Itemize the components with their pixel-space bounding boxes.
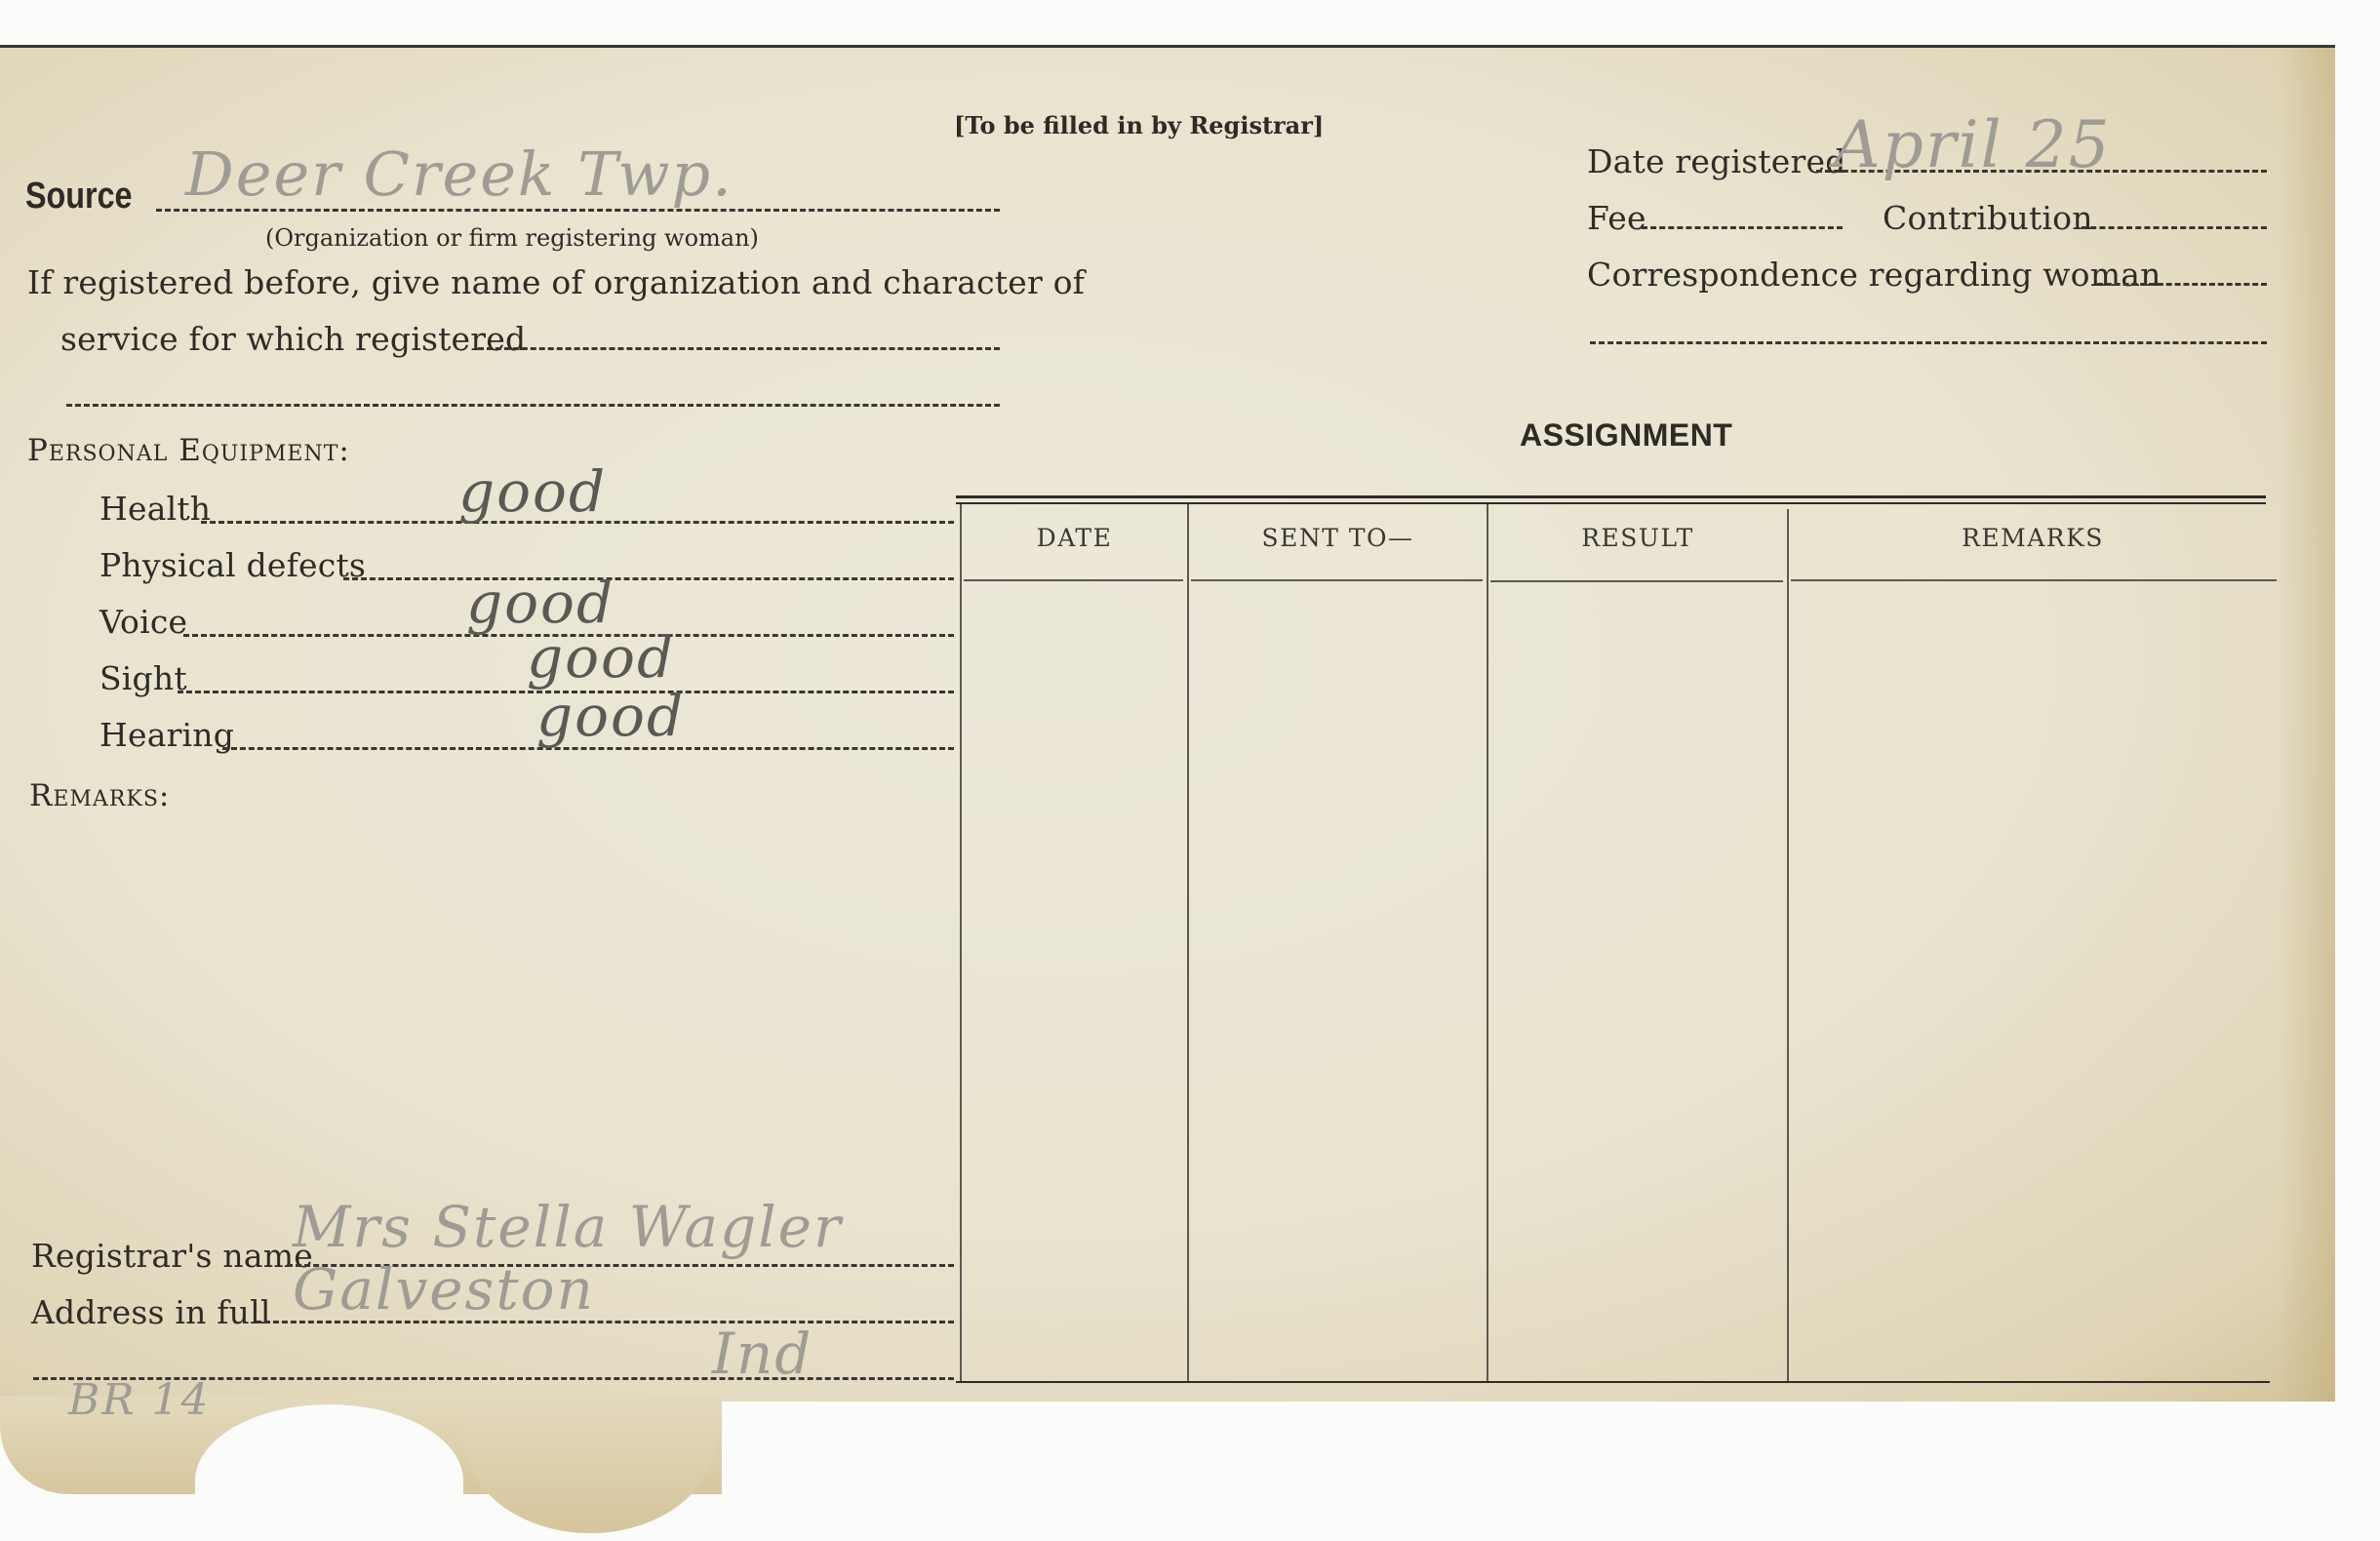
- header-underline-date: [964, 579, 1183, 581]
- personal-equipment-title: Personal Equipment:: [27, 433, 350, 468]
- prior-registration-label-1: If registered before, give name of organ…: [27, 263, 1085, 301]
- hearing-label: Hearing: [99, 716, 234, 754]
- column-header-sent-to: SENT TO—: [1189, 524, 1487, 552]
- sight-label: Sight: [99, 659, 187, 697]
- source-label: Source: [25, 176, 133, 217]
- table-top-rule-2: [956, 502, 2266, 504]
- correspondence-label: Correspondence regarding woman: [1587, 256, 2162, 294]
- header-underline-sent-to: [1191, 579, 1483, 581]
- physical-defects-line[interactable]: [343, 577, 954, 580]
- date-registered-label: Date registered: [1587, 142, 1846, 180]
- correspondence-line[interactable]: [2097, 283, 2267, 286]
- prior-registration-line[interactable]: [478, 347, 1000, 350]
- prior-registration-label-2: service for which registered: [60, 320, 526, 358]
- date-registered-value: April 25: [1834, 107, 2112, 182]
- health-label: Health: [99, 490, 211, 528]
- cell-remarks[interactable]: [1789, 585, 2267, 1380]
- contribution-label: Contribution: [1883, 199, 2093, 237]
- fee-line[interactable]: [1642, 226, 1843, 229]
- sight-value: good: [527, 624, 675, 691]
- column-header-date: DATE: [962, 524, 1187, 552]
- contribution-line[interactable]: [2082, 226, 2267, 229]
- hearing-value: good: [536, 683, 685, 749]
- source-caption: (Organization or firm registering woman): [265, 224, 759, 252]
- assignment-title: ASSIGNMENT: [1520, 417, 1732, 454]
- margin-note: BR 14: [68, 1375, 210, 1425]
- cell-date[interactable]: [962, 585, 1186, 1380]
- prior-registration-line-2[interactable]: [66, 404, 1000, 407]
- remarks-label: Remarks:: [29, 778, 170, 813]
- column-header-remarks: REMARKS: [1789, 524, 2277, 552]
- table-top-rule: [956, 495, 2266, 498]
- column-header-result: RESULT: [1488, 524, 1787, 552]
- voice-label: Voice: [99, 603, 187, 641]
- address-label: Address in full: [31, 1293, 271, 1331]
- header-underline-result: [1490, 580, 1783, 582]
- table-bottom-rule: [956, 1381, 2270, 1383]
- registrar-name-label: Registrar's name: [31, 1237, 313, 1275]
- address-line2-value: Ind: [712, 1321, 813, 1387]
- cell-result[interactable]: [1488, 585, 1786, 1380]
- correspondence-line-2[interactable]: [1590, 341, 2267, 344]
- cell-sent-to[interactable]: [1189, 585, 1486, 1380]
- card-bottom-lobe: [463, 1397, 717, 1533]
- registrar-note: [To be filled in by Registrar]: [954, 111, 1324, 139]
- health-value: good: [458, 458, 607, 525]
- registrar-name-value: Mrs Stella Wagler: [293, 1194, 843, 1260]
- header-underline-remarks: [1791, 579, 2277, 581]
- address-line1-value: Galveston: [293, 1256, 595, 1323]
- source-value: Deer Creek Twp.: [185, 138, 734, 210]
- fee-label: Fee: [1587, 199, 1646, 237]
- physical-defects-label: Physical defects: [99, 546, 366, 584]
- card-edge-shading: [2277, 48, 2335, 1402]
